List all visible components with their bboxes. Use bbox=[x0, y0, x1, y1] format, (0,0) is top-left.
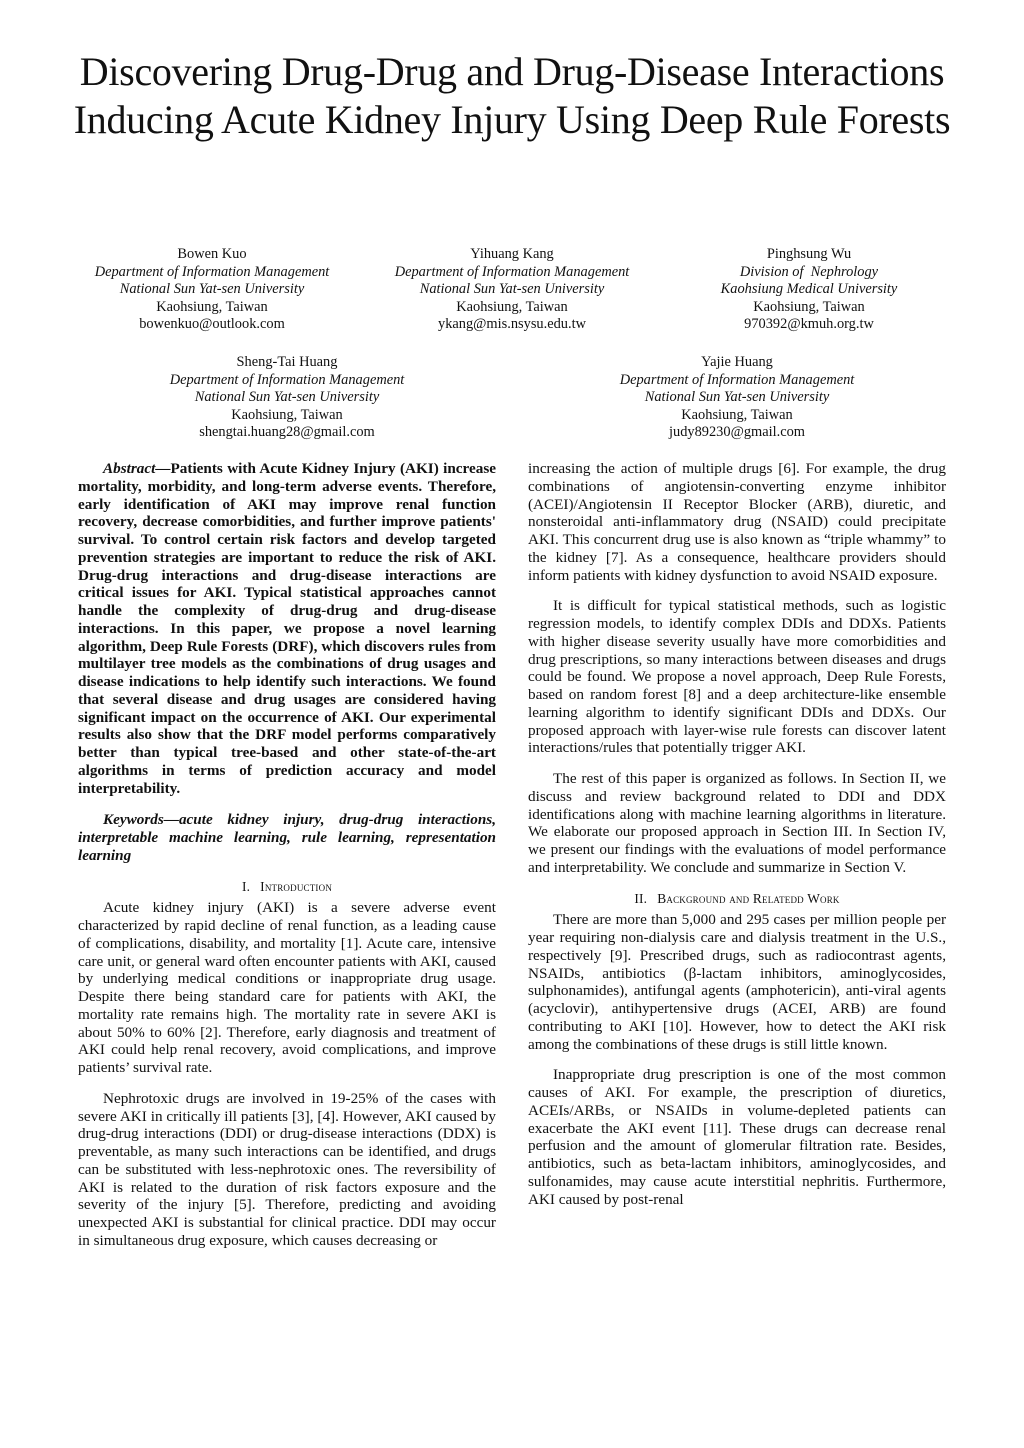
author-organization: National Sun Yat-sen University bbox=[362, 281, 662, 299]
abstract: Abstract—Patients with Acute Kidney Inju… bbox=[78, 460, 496, 797]
section-heading-introduction: I.Introduction bbox=[78, 878, 496, 896]
author-block: Bowen Kuo Department of Information Mana… bbox=[62, 246, 362, 334]
paragraph: Nephrotoxic drugs are involved in 19-25%… bbox=[78, 1090, 496, 1250]
author-block: Yihuang Kang Department of Information M… bbox=[362, 246, 662, 334]
author-email[interactable]: bowenkuo@outlook.com bbox=[62, 316, 362, 334]
author-location: Kaohsiung, Taiwan bbox=[587, 407, 887, 425]
author-department: Division of Nephrology bbox=[659, 264, 959, 282]
section-number: I. bbox=[242, 879, 250, 894]
author-block: Sheng-Tai Huang Department of Informatio… bbox=[137, 354, 437, 442]
paragraph: Inappropriate drug prescription is one o… bbox=[528, 1066, 946, 1208]
author-department: Department of Information Management bbox=[587, 372, 887, 390]
author-location: Kaohsiung, Taiwan bbox=[659, 299, 959, 317]
author-email[interactable]: shengtai.huang28@gmail.com bbox=[137, 424, 437, 442]
author-name: Bowen Kuo bbox=[62, 246, 362, 264]
author-organization: National Sun Yat-sen University bbox=[587, 389, 887, 407]
author-department: Department of Information Management bbox=[137, 372, 437, 390]
author-name: Pinghsung Wu bbox=[659, 246, 959, 264]
paragraph: There are more than 5,000 and 295 cases … bbox=[528, 911, 946, 1053]
abstract-label: Abstract— bbox=[103, 460, 171, 477]
paper-title: Discovering Drug-Drug and Drug-Disease I… bbox=[60, 48, 964, 144]
author-organization: National Sun Yat-sen University bbox=[137, 389, 437, 407]
abstract-text: Patients with Acute Kidney Injury (AKI) … bbox=[78, 460, 496, 797]
section-title: Background and Relatedd Work bbox=[657, 891, 839, 906]
keywords: Keywords—acute kidney injury, drug-drug … bbox=[78, 811, 496, 864]
author-location: Kaohsiung, Taiwan bbox=[137, 407, 437, 425]
author-block: Yajie Huang Department of Information Ma… bbox=[587, 354, 887, 442]
author-email[interactable]: ykang@mis.nsysu.edu.tw bbox=[362, 316, 662, 334]
author-location: Kaohsiung, Taiwan bbox=[62, 299, 362, 317]
author-name: Sheng-Tai Huang bbox=[137, 354, 437, 372]
author-name: Yajie Huang bbox=[587, 354, 887, 372]
author-department: Department of Information Management bbox=[62, 264, 362, 282]
keywords-label: Keywords— bbox=[103, 811, 179, 828]
paragraph: The rest of this paper is organized as f… bbox=[528, 770, 946, 877]
paragraph: It is difficult for typical statistical … bbox=[528, 597, 946, 757]
section-number: II. bbox=[634, 891, 647, 906]
paragraph-continued: increasing the action of multiple drugs … bbox=[528, 460, 946, 584]
section-heading-background: II.Background and Relatedd Work bbox=[528, 890, 946, 908]
author-email[interactable]: judy89230@gmail.com bbox=[587, 424, 887, 442]
author-location: Kaohsiung, Taiwan bbox=[362, 299, 662, 317]
right-column: increasing the action of multiple drugs … bbox=[528, 460, 946, 1208]
author-email[interactable]: 970392@kmuh.org.tw bbox=[659, 316, 959, 334]
author-organization: Kaohsiung Medical University bbox=[659, 281, 959, 299]
section-title: Introduction bbox=[260, 879, 332, 894]
left-column: Abstract—Patients with Acute Kidney Inju… bbox=[78, 460, 496, 1250]
author-name: Yihuang Kang bbox=[362, 246, 662, 264]
paragraph: Acute kidney injury (AKI) is a severe ad… bbox=[78, 899, 496, 1077]
author-department: Department of Information Management bbox=[362, 264, 662, 282]
author-block: Pinghsung Wu Division of Nephrology Kaoh… bbox=[659, 246, 959, 334]
author-organization: National Sun Yat-sen University bbox=[62, 281, 362, 299]
